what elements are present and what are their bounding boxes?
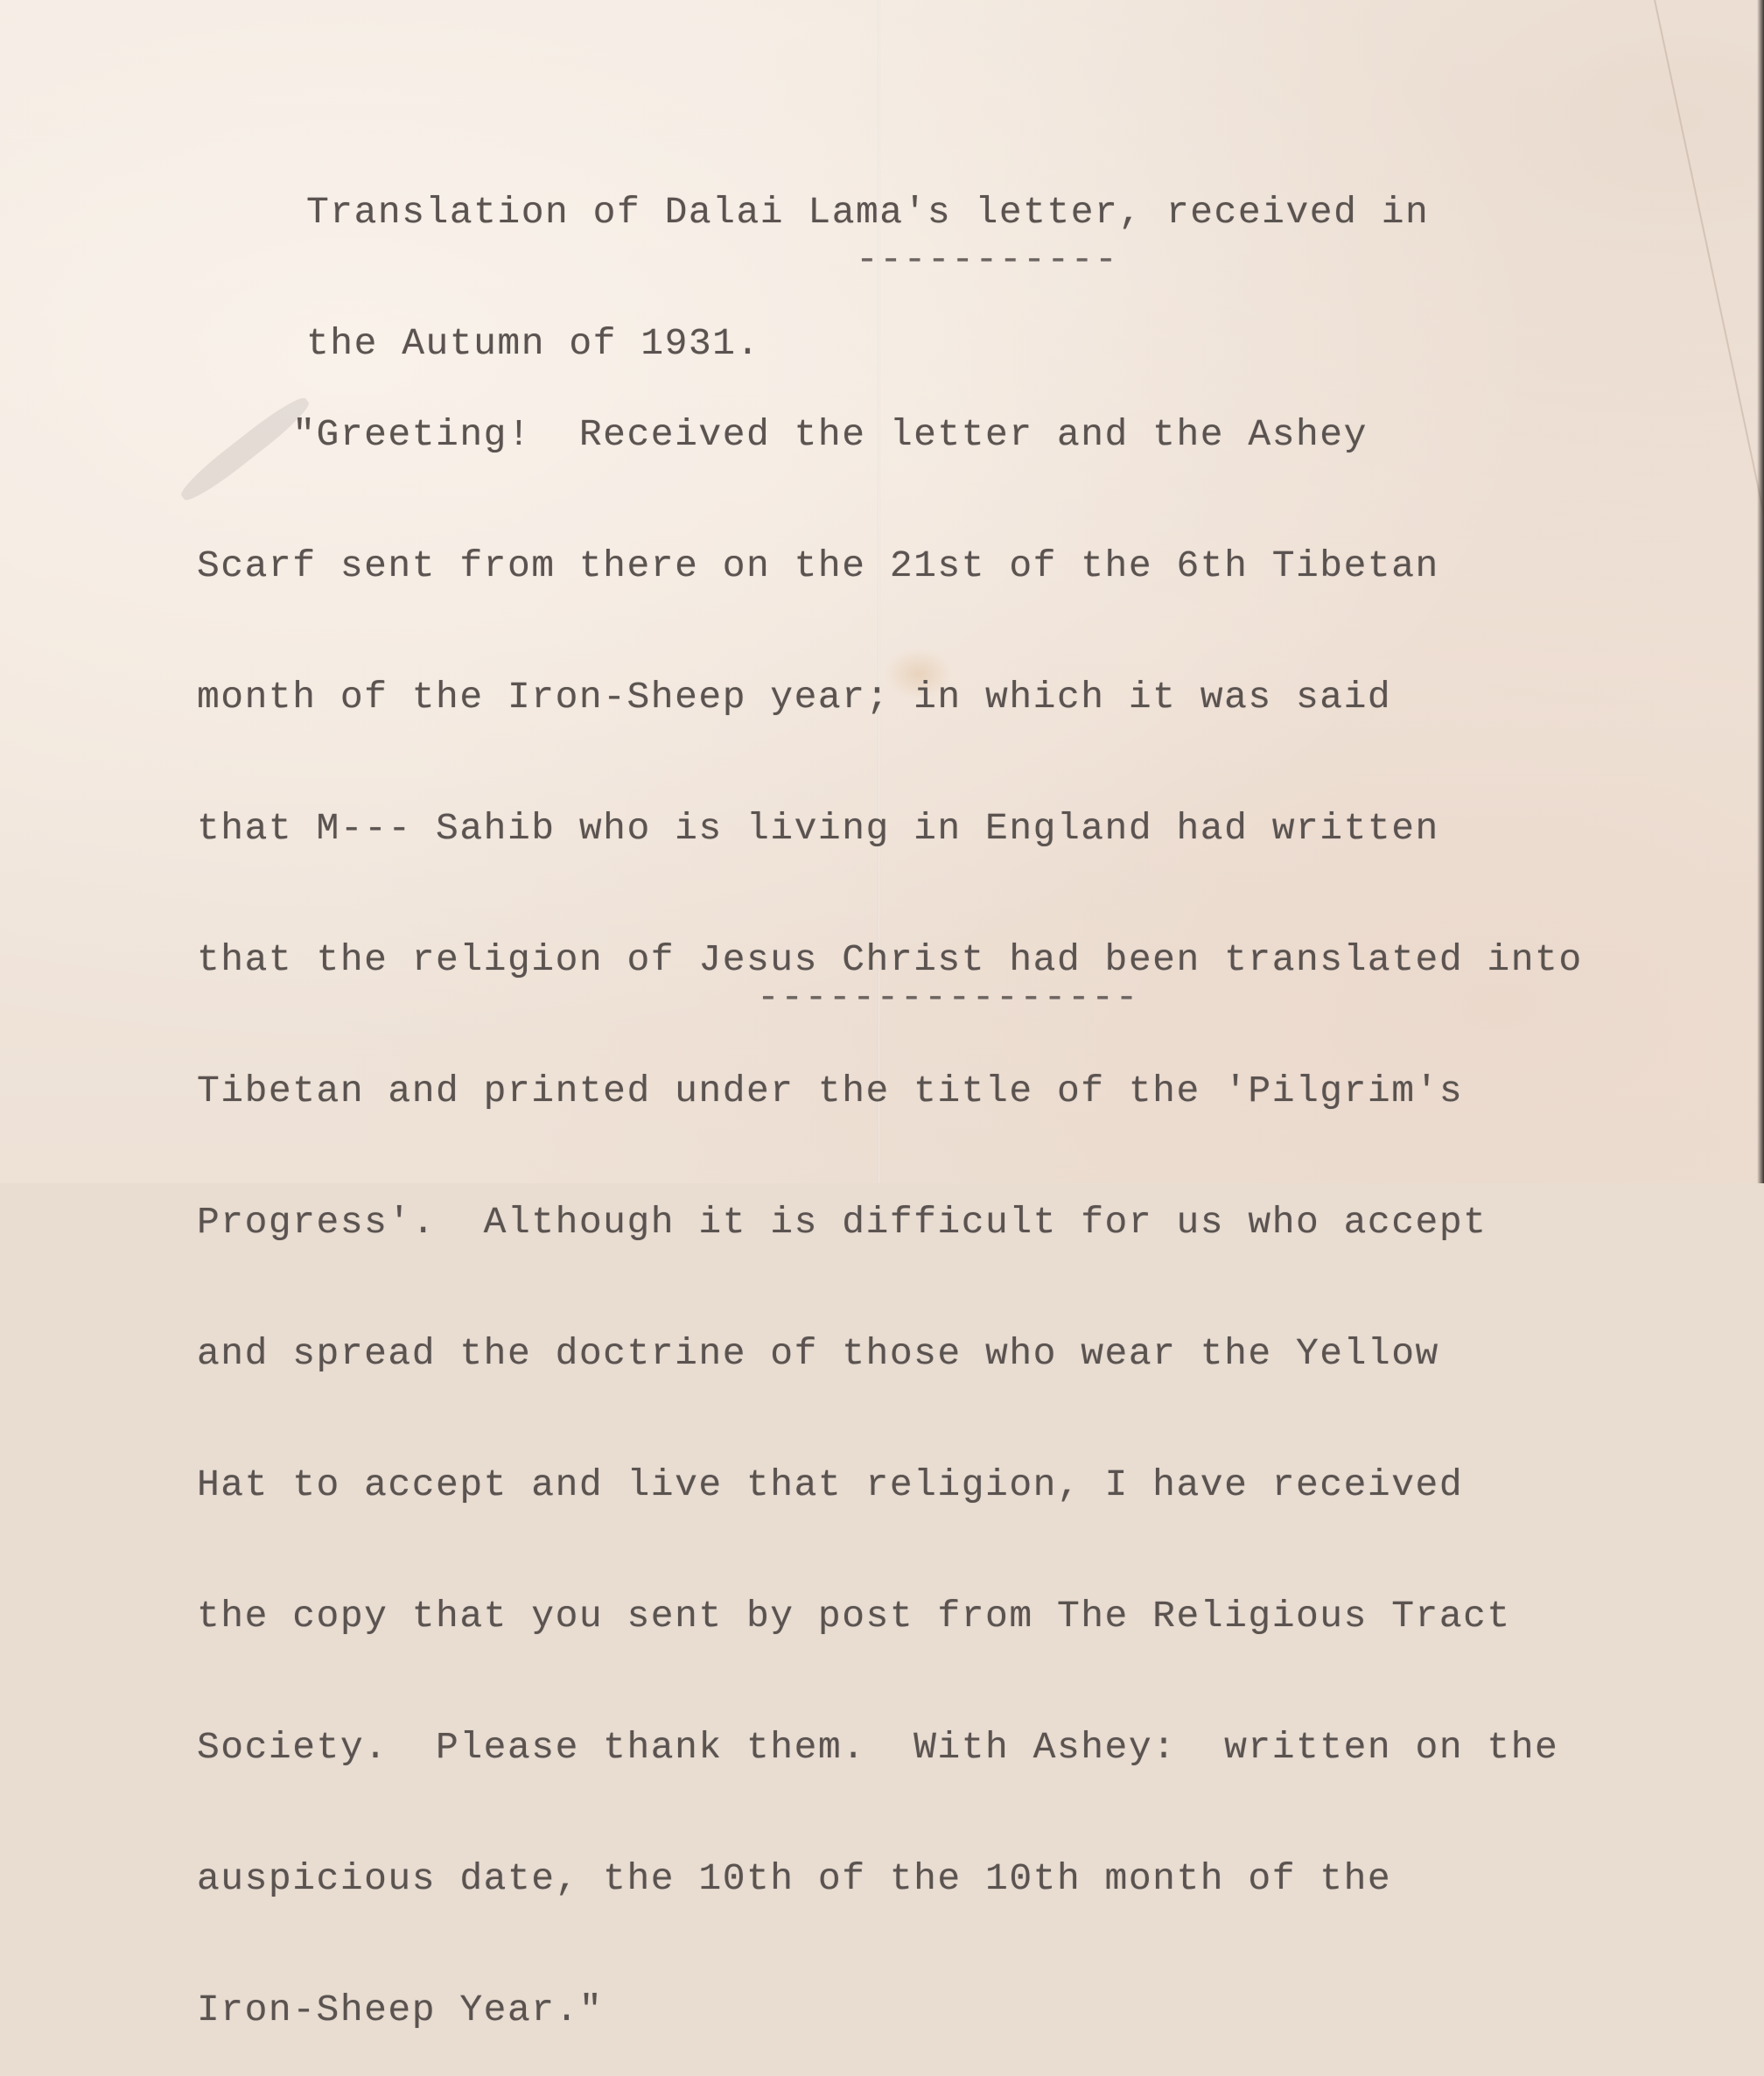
letter-body: "Greeting! Received the letter and the A…	[197, 326, 1583, 1183]
heading-line: Translation of Dalai Lama's letter, rece…	[306, 191, 1429, 235]
separator-bottom: ----------------	[757, 976, 1139, 1020]
letter-line: Scarf sent from there on the 21st of the…	[197, 544, 1583, 588]
letter-line: Tibetan and printed under the title of t…	[197, 1070, 1583, 1113]
separator-top: -----------	[856, 238, 1118, 282]
paper-edge-shadow	[1757, 0, 1764, 1183]
letter-line: "Greeting! Received the letter and the A…	[197, 413, 1583, 457]
letter-line: month of the Iron-Sheep year; in which i…	[197, 676, 1583, 719]
letter-line: that M--- Sahib who is living in England…	[197, 807, 1583, 851]
